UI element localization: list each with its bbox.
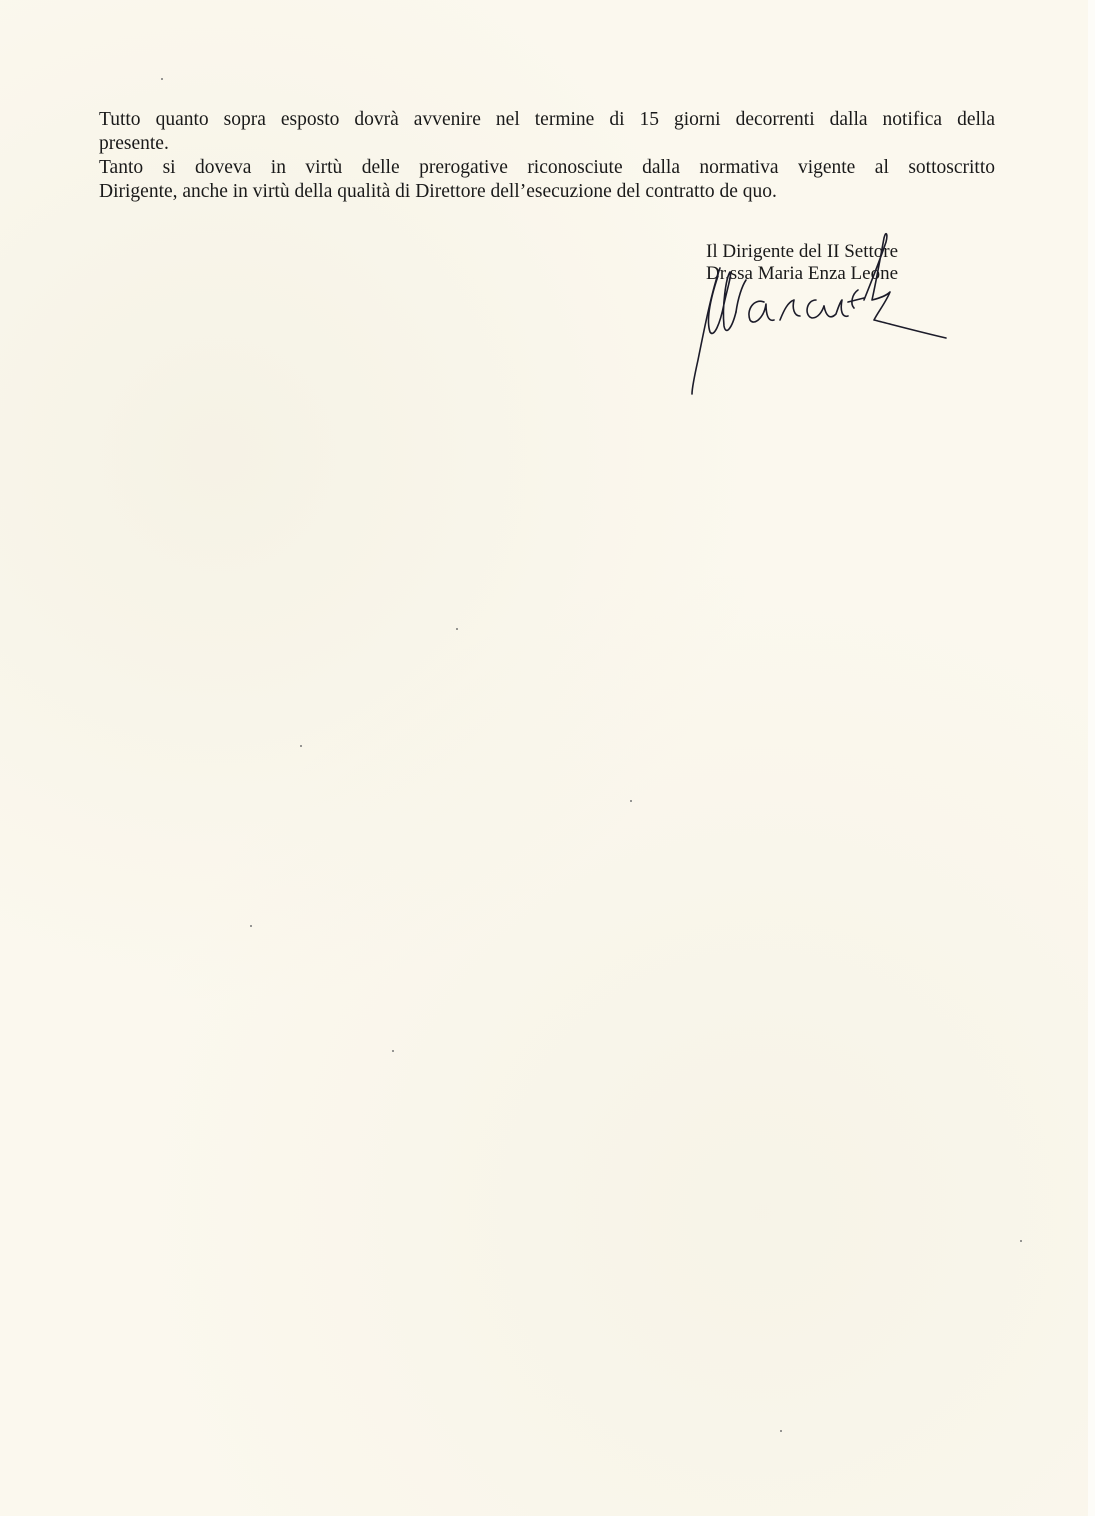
document-page: Tutto quanto sopra esposto dovrà avvenir…	[0, 0, 1088, 1516]
paragraph-deadline-line2: presente.	[99, 133, 169, 154]
scan-speck	[300, 745, 302, 747]
scan-speck	[250, 925, 252, 927]
scan-speck	[630, 800, 632, 802]
paragraph-prerogatives-line1: Tanto si doveva in virtù delle prerogati…	[99, 157, 995, 178]
paragraph-prerogatives-line2: Dirigente, anche in virtù della qualità …	[99, 181, 777, 202]
paragraph-prerogatives: Tanto si doveva in virtù delle prerogati…	[99, 156, 995, 180]
scan-edge	[1088, 0, 1095, 1516]
paragraph-deadline-end: presente.	[99, 132, 995, 156]
paragraph-prerogatives-end: Dirigente, anche in virtù della qualità …	[99, 180, 995, 204]
body-text: Tutto quanto sopra esposto dovrà avvenir…	[99, 108, 995, 204]
scan-speck	[161, 78, 163, 80]
handwritten-signature-icon	[680, 220, 980, 410]
scan-speck	[780, 1430, 782, 1432]
scan-speck	[1020, 1240, 1022, 1242]
scan-speck	[456, 628, 458, 630]
paragraph-deadline-line1: Tutto quanto sopra esposto dovrà avvenir…	[99, 109, 995, 130]
scan-speck	[392, 1050, 394, 1052]
paragraph-deadline: Tutto quanto sopra esposto dovrà avvenir…	[99, 108, 995, 132]
